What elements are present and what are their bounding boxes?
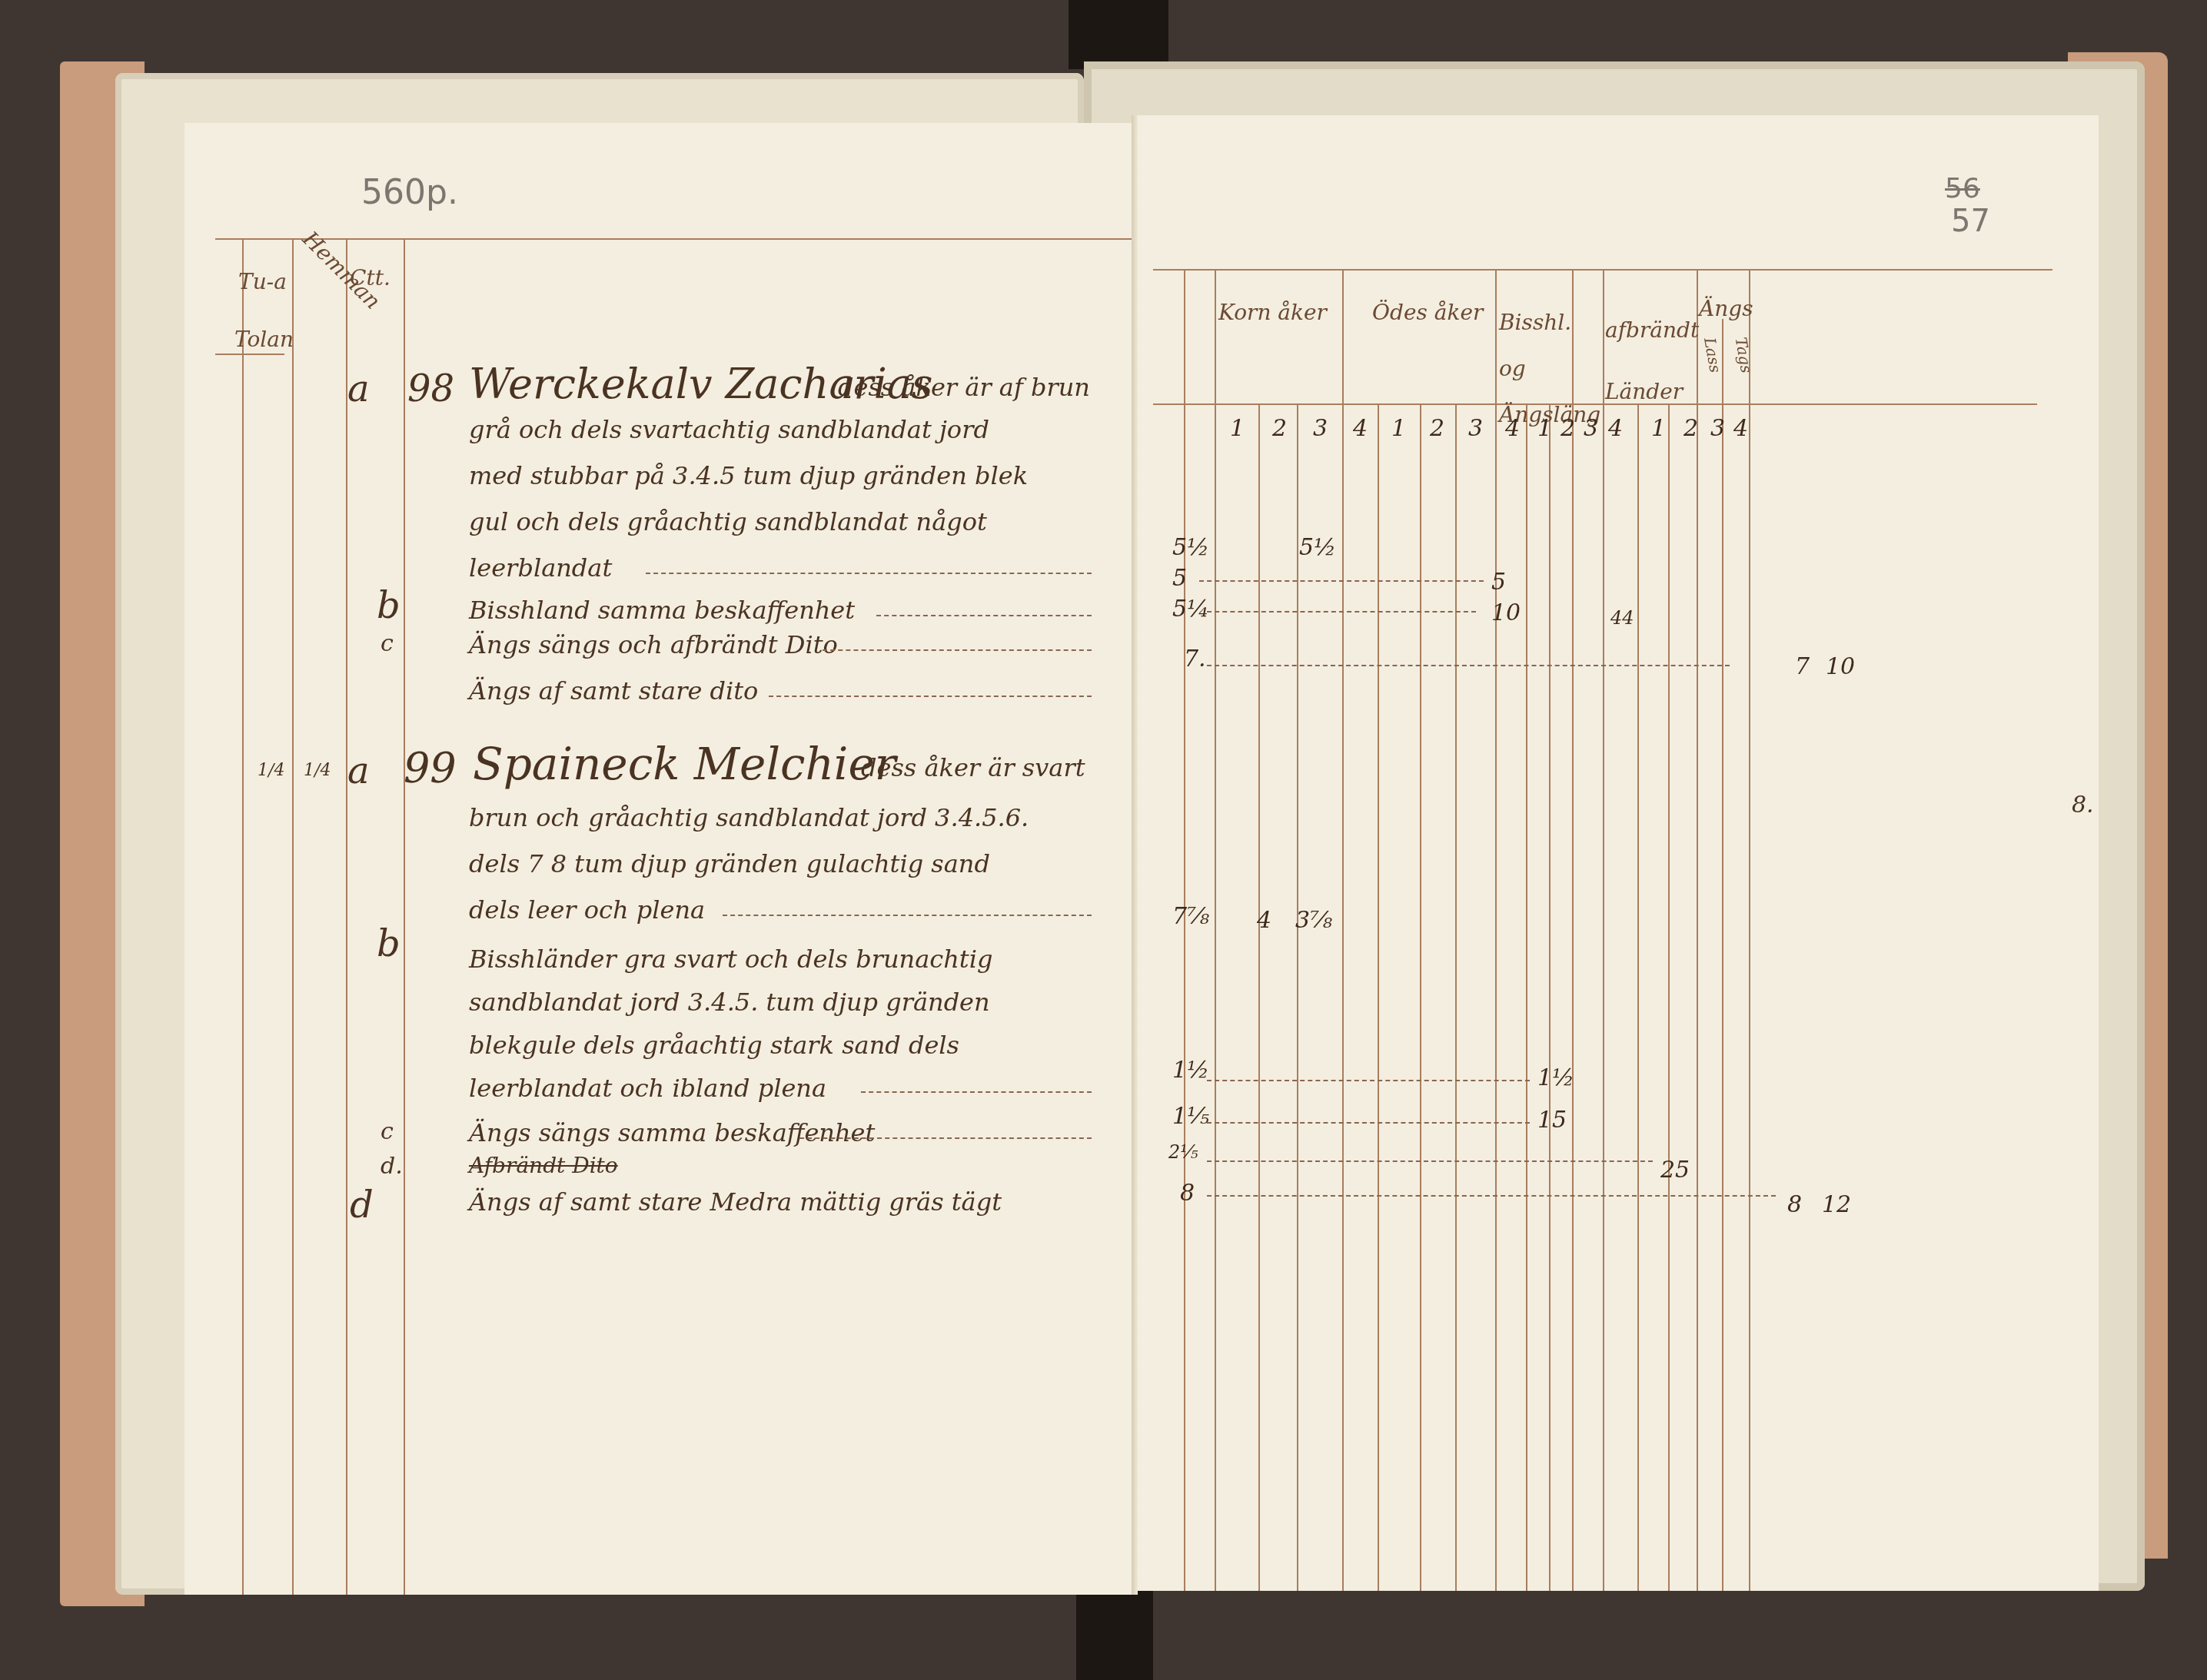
fraction: 1/4	[304, 761, 331, 780]
grid-rule	[1526, 403, 1527, 1591]
cell-first: 8	[1180, 1180, 1195, 1207]
col-header-4: Tolan	[234, 327, 294, 352]
sub-letter: c	[381, 1118, 394, 1145]
leader-dash	[646, 573, 1092, 574]
sub-letter: c	[381, 630, 394, 657]
grid-rule	[1495, 269, 1497, 1591]
class-num: 1	[1537, 415, 1552, 442]
cell-korn-2: 4	[1257, 907, 1271, 934]
cell-first: 5¼	[1172, 596, 1209, 623]
sub-text: Bisshland samma beskaffenhet	[469, 596, 855, 625]
grid-rule	[1668, 403, 1670, 1591]
col-header-3: Ctt.	[350, 265, 391, 291]
cell-first: 7⅞	[1172, 903, 1209, 930]
header-bottom-rule	[215, 354, 284, 355]
cell-first: 2⅕	[1168, 1141, 1198, 1163]
sub-text: Ängs af samt stare Medra mättig gräs täg…	[469, 1187, 1002, 1217]
class-num: 2	[1684, 415, 1698, 442]
column-rule-4	[404, 238, 405, 1595]
cell-bisshl-2: 15	[1537, 1107, 1567, 1134]
cell-first: 1½	[1172, 1057, 1209, 1084]
leader-dash	[1207, 1195, 1776, 1197]
entry-name: Spaineck Melchier	[473, 738, 896, 790]
group-header-odes: Ödes åker	[1372, 300, 1483, 325]
grid-rule	[1184, 269, 1185, 1591]
sub-letter: b	[377, 584, 401, 627]
book-spine-top	[1069, 0, 1168, 69]
leader-dash	[1199, 580, 1484, 582]
sub-text: Ängs af samt stare dito	[469, 676, 758, 706]
leader-dash	[1207, 611, 1476, 613]
sub-letter: b	[377, 922, 401, 965]
class-num: 1	[1230, 415, 1245, 442]
entry-line: gul och dels gråachtig sandblandat något	[469, 507, 987, 536]
leader-dash	[799, 1137, 1092, 1139]
folio-pencil-left: 560p.	[361, 173, 458, 212]
cell-afbr-2: 25	[1660, 1157, 1690, 1184]
leader-dash	[769, 696, 1092, 697]
grid-rule	[1572, 269, 1574, 1591]
grid-rule	[1722, 319, 1723, 1591]
class-num: 4	[1733, 415, 1748, 442]
class-num: 3	[1710, 415, 1725, 442]
class-num: 4	[1505, 415, 1520, 442]
folio-pencil-right: 57	[1951, 204, 1990, 239]
column-rule-1	[242, 238, 244, 1595]
leader-dash	[861, 1091, 1092, 1093]
cell-first: 1⅕	[1172, 1103, 1209, 1130]
cell-bisshl-3: 44	[1610, 607, 1634, 629]
col-header-1: Tu-a	[238, 269, 287, 294]
entry-line: dess åker är af brun	[838, 373, 1090, 402]
class-num: 2	[1430, 415, 1444, 442]
angs-sub-tags: Tags	[1732, 336, 1757, 374]
sub-text-struck: Afbrändt Dito	[469, 1153, 618, 1178]
entry-line: dels leer och plena	[469, 895, 705, 925]
grid-rule	[1342, 269, 1344, 1591]
margin-mark: 8.	[2072, 792, 2094, 818]
leader-dash	[723, 915, 1092, 916]
class-num: 1	[1391, 415, 1406, 442]
angs-sub-lass: Lass	[1700, 336, 1725, 374]
cell-odes-4: 10	[1491, 599, 1521, 626]
right-page: 56 57 8. Korn åker Ödes åker Bisshl. og …	[1138, 115, 2099, 1591]
fraction: 1/4	[258, 761, 284, 780]
entry-line: grå och dels svartachtig sandblandat jor…	[469, 415, 989, 444]
class-num: 3	[1313, 415, 1328, 442]
grid-rule	[1603, 269, 1604, 1591]
entry-line: med stubbar på 3.4.5 tum djup gränden bl…	[469, 461, 1028, 490]
grid-rule	[1749, 269, 1750, 1591]
grid-rule	[1697, 269, 1698, 1591]
entry-line: dels 7 8 tum djup gränden gulachtig sand	[469, 849, 990, 878]
cell-first: 5½	[1172, 534, 1209, 561]
entry-letter: a	[347, 749, 370, 792]
leader-dash	[1207, 1160, 1653, 1162]
sub-text: Ängs sängs och afbrändt Dito	[469, 630, 838, 659]
cell-first: 5	[1172, 565, 1187, 592]
class-num: 3	[1584, 415, 1598, 442]
cell-bisshl-2: 1½	[1537, 1064, 1574, 1091]
class-num: 3	[1468, 415, 1483, 442]
class-num: 2	[1272, 415, 1287, 442]
entry-number: 99	[404, 744, 457, 792]
book-gutter	[1132, 115, 1138, 1595]
class-num: 1	[1651, 415, 1666, 442]
leader-dash	[876, 615, 1092, 616]
column-rule-2	[292, 238, 294, 1595]
group-header-afbrandt: afbrändt Länder	[1605, 300, 1693, 423]
entry-line: leerblandat	[469, 553, 612, 583]
entry-line: brun och gråachtig sandblandat jord 3.4.…	[469, 803, 1029, 832]
leader-dash	[823, 649, 1092, 651]
class-num: 4	[1608, 415, 1623, 442]
folio-pencil-struck: 56	[1945, 173, 1980, 204]
cell-korn-3: 5½	[1299, 534, 1336, 561]
entry-number: 98	[407, 367, 454, 410]
class-num: 4	[1353, 415, 1368, 442]
sub-text: Ängs sängs samma beskaffenhet	[469, 1118, 875, 1147]
cell-angs-tags: 10	[1826, 653, 1855, 680]
sub-letter: d.	[381, 1153, 403, 1180]
cell-odes-4: 5	[1491, 569, 1506, 596]
cell-angs-tags: 12	[1822, 1191, 1851, 1218]
cell-first: 7.	[1184, 646, 1206, 672]
leader-dash	[1207, 665, 1730, 666]
cell-angs-lass: 8	[1787, 1191, 1802, 1218]
leader-dash	[1207, 1080, 1530, 1081]
entry-line: dess åker är svart	[861, 753, 1085, 782]
cell-korn-3: 3⅞	[1295, 907, 1332, 934]
entry-letter: a	[347, 367, 370, 410]
grid-rule	[1215, 269, 1216, 1591]
header-top-rule	[215, 238, 1134, 240]
leader-dash	[1207, 1122, 1530, 1124]
cell-angs-lass: 7	[1795, 653, 1810, 680]
column-rule-3	[346, 238, 347, 1595]
sub-text: Bisshländer gra svart och dels brunachti…	[469, 938, 1084, 1110]
group-header-korn: Korn åker	[1218, 300, 1327, 325]
grid-rule	[1637, 403, 1639, 1591]
left-page: 560p. Tu-a Hemman Ctt. Tolan a 98 Wercke…	[184, 123, 1134, 1595]
group-header-angs: Ängs	[1699, 296, 1753, 321]
sub-letter: d	[350, 1184, 374, 1227]
grid-rule	[1549, 403, 1551, 1591]
class-num: 2	[1561, 415, 1575, 442]
